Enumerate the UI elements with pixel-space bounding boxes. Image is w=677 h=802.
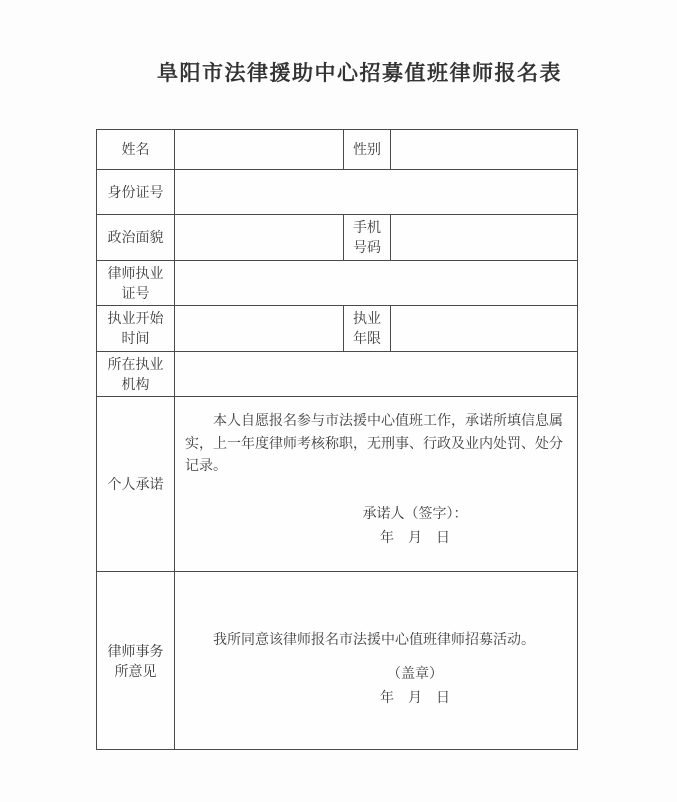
row-practice-start-years: 执业开始时间 执业年限 [97,306,578,352]
row-license-number: 律师执业证号 [97,260,578,306]
id-number-value-cell [175,170,578,215]
commitment-signer-line: 承诺人（签字）： [261,501,569,526]
row-personal-commitment: 个人承诺 本人自愿报名参与市法援中心值班工作，承诺所填信息属实，上一年度律师考核… [97,397,578,572]
practice-start-label: 执业开始时间 [97,306,175,352]
registration-form-table: 姓名 性别 身份证号 政治面貌 手机号码 律师执业证号 执业开始时间 执业年限 … [96,129,578,750]
commitment-signature-block: 承诺人（签字）： 年 月 日 [185,501,569,550]
gender-value-cell [391,130,578,170]
license-number-label: 律师执业证号 [97,260,175,306]
practice-years-label: 执业年限 [344,306,391,352]
firm-opinion-cell: 我所同意该律师报名市法援中心值班律师招募活动。 （盖章） 年 月 日 [175,572,578,750]
mobile-label: 手机号码 [344,215,391,261]
mobile-value-cell [391,215,578,261]
row-political-mobile: 政治面貌 手机号码 [97,215,578,261]
organization-label: 所在执业机构 [97,351,175,397]
firm-seal-block: （盖章） 年 月 日 [185,661,569,710]
organization-value-cell [175,351,578,397]
name-value-cell [175,130,344,170]
id-number-label: 身份证号 [97,170,175,215]
political-status-value-cell [175,215,344,261]
political-status-label: 政治面貌 [97,215,175,261]
row-organization: 所在执业机构 [97,351,578,397]
row-id-number: 身份证号 [97,170,578,215]
commitment-body-text: 本人自愿报名参与市法援中心值班工作，承诺所填信息属实，上一年度律师考核称职，无刑… [185,409,569,476]
firm-date-line: 年 月 日 [261,685,569,710]
personal-commitment-cell: 本人自愿报名参与市法援中心值班工作，承诺所填信息属实，上一年度律师考核称职，无刑… [175,397,578,572]
name-label: 姓名 [97,130,175,170]
form-document: 阜阳市法律援助中心招募值班律师报名表 姓名 性别 身份证号 政治面貌 手机号码 … [0,0,677,802]
commitment-date-line: 年 月 日 [261,525,569,550]
practice-years-value-cell [391,306,578,352]
row-firm-opinion: 律师事务所意见 我所同意该律师报名市法援中心值班律师招募活动。 （盖章） 年 月… [97,572,578,750]
firm-seal-line: （盖章） [261,661,569,686]
firm-opinion-label: 律师事务所意见 [97,572,175,750]
page-title: 阜阳市法律援助中心招募值班律师报名表 [0,57,677,87]
license-number-value-cell [175,260,578,306]
row-name-gender: 姓名 性别 [97,130,578,170]
gender-label: 性别 [344,130,391,170]
personal-commitment-label: 个人承诺 [97,397,175,572]
practice-start-value-cell [175,306,344,352]
firm-opinion-body-text: 我所同意该律师报名市法援中心值班律师招募活动。 [185,628,569,650]
